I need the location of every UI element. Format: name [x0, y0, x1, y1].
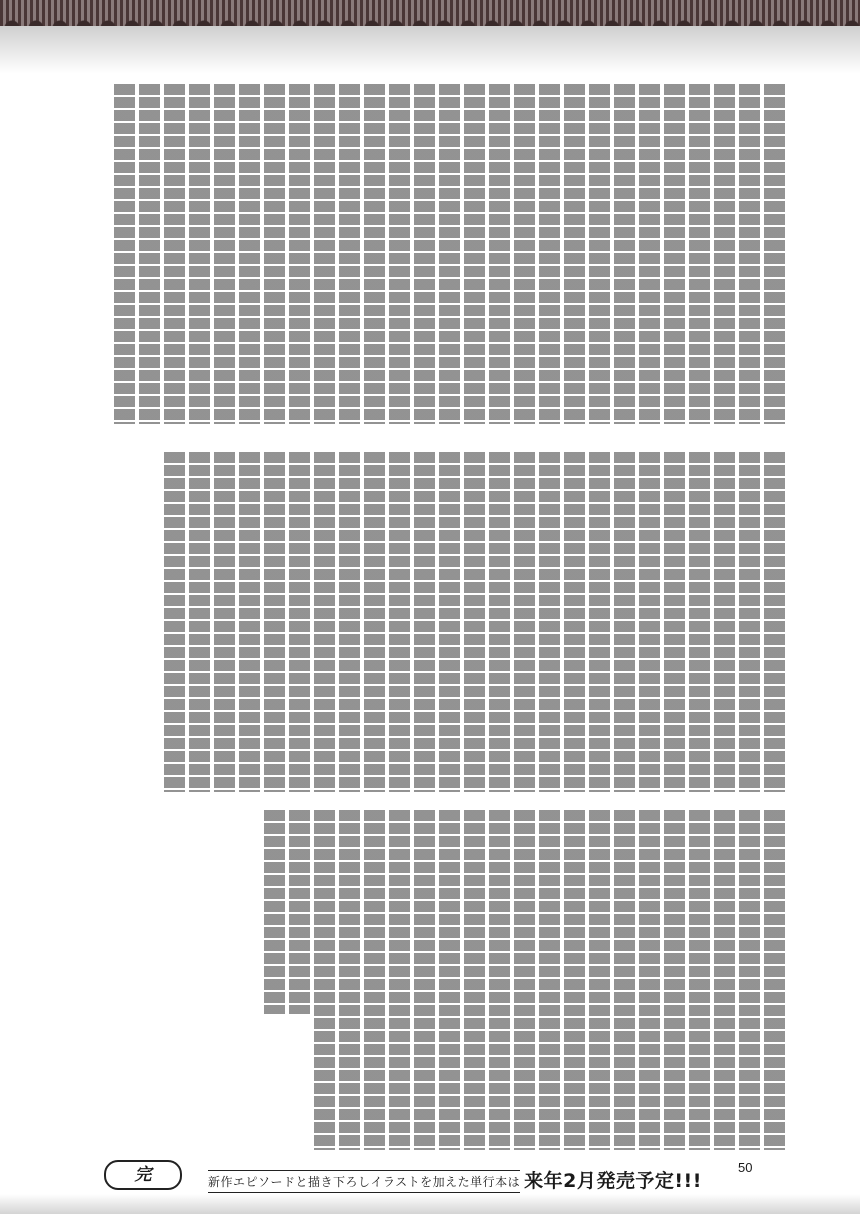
text-column — [239, 452, 260, 792]
text-column — [514, 452, 535, 792]
text-column — [314, 810, 335, 1150]
text-column — [364, 810, 385, 1150]
text-column — [389, 810, 410, 1150]
text-column — [239, 84, 260, 424]
text-column — [139, 84, 160, 424]
text-column — [264, 810, 285, 1014]
text-column — [414, 810, 435, 1150]
text-column — [689, 84, 710, 424]
text-column — [589, 810, 610, 1150]
promo-date: 来年2月発売予定!!! — [524, 1166, 702, 1193]
text-column — [714, 84, 735, 424]
header-texture — [0, 26, 860, 74]
text-column — [489, 84, 510, 424]
text-band-bottom — [95, 810, 785, 1150]
text-column — [539, 84, 560, 424]
text-column — [439, 810, 460, 1150]
text-column — [714, 810, 735, 1150]
text-column — [164, 84, 185, 424]
text-column — [414, 84, 435, 424]
text-column — [314, 84, 335, 424]
text-column — [514, 810, 535, 1150]
text-column — [464, 452, 485, 792]
promo-text: 新作エピソードと描き下ろしイラストを加えた単行本は — [208, 1170, 520, 1193]
text-column — [564, 452, 585, 792]
text-column — [114, 84, 135, 424]
text-column — [339, 452, 360, 792]
text-column — [364, 84, 385, 424]
text-column — [339, 84, 360, 424]
text-column — [289, 84, 310, 424]
text-column — [764, 84, 785, 424]
text-column — [664, 84, 685, 424]
text-column — [464, 810, 485, 1150]
text-column — [264, 84, 285, 424]
text-column — [389, 452, 410, 792]
text-column — [739, 84, 760, 424]
text-column — [464, 84, 485, 424]
text-column — [614, 810, 635, 1150]
text-column — [639, 84, 660, 424]
text-column — [639, 810, 660, 1150]
text-column — [764, 810, 785, 1150]
end-mark: 完 — [104, 1160, 182, 1190]
text-column — [439, 452, 460, 792]
text-column — [689, 810, 710, 1150]
text-column — [539, 452, 560, 792]
text-column — [664, 452, 685, 792]
text-column — [214, 452, 235, 792]
lace-header-decoration — [0, 0, 860, 26]
text-column — [739, 452, 760, 792]
text-column — [489, 810, 510, 1150]
text-column — [289, 452, 310, 792]
text-column — [439, 84, 460, 424]
text-column — [564, 810, 585, 1150]
text-column — [314, 452, 335, 792]
text-column — [389, 84, 410, 424]
text-band-middle — [95, 452, 785, 792]
text-column — [164, 452, 185, 792]
text-column — [189, 452, 210, 792]
text-column — [514, 84, 535, 424]
page-number: 50 — [738, 1160, 752, 1175]
text-column — [739, 810, 760, 1150]
text-column — [589, 84, 610, 424]
text-column — [189, 84, 210, 424]
text-column — [289, 810, 310, 1014]
text-column — [614, 84, 635, 424]
text-column — [564, 84, 585, 424]
text-column — [264, 452, 285, 792]
text-column — [714, 452, 735, 792]
text-column — [214, 84, 235, 424]
text-column — [664, 810, 685, 1150]
text-column — [764, 452, 785, 792]
text-band-top — [95, 84, 785, 424]
page-footer: 完 新作エピソードと描き下ろしイラストを加えた単行本は 来年2月発売予定!!! … — [0, 1160, 860, 1214]
text-column — [614, 452, 635, 792]
text-column — [364, 452, 385, 792]
text-column — [489, 452, 510, 792]
text-column — [639, 452, 660, 792]
promo-banner: 新作エピソードと描き下ろしイラストを加えた単行本は 来年2月発売予定!!! — [208, 1166, 702, 1193]
text-column — [539, 810, 560, 1150]
footer-texture — [0, 1194, 860, 1214]
text-column — [589, 452, 610, 792]
text-column — [414, 452, 435, 792]
text-column — [689, 452, 710, 792]
text-column — [339, 810, 360, 1150]
